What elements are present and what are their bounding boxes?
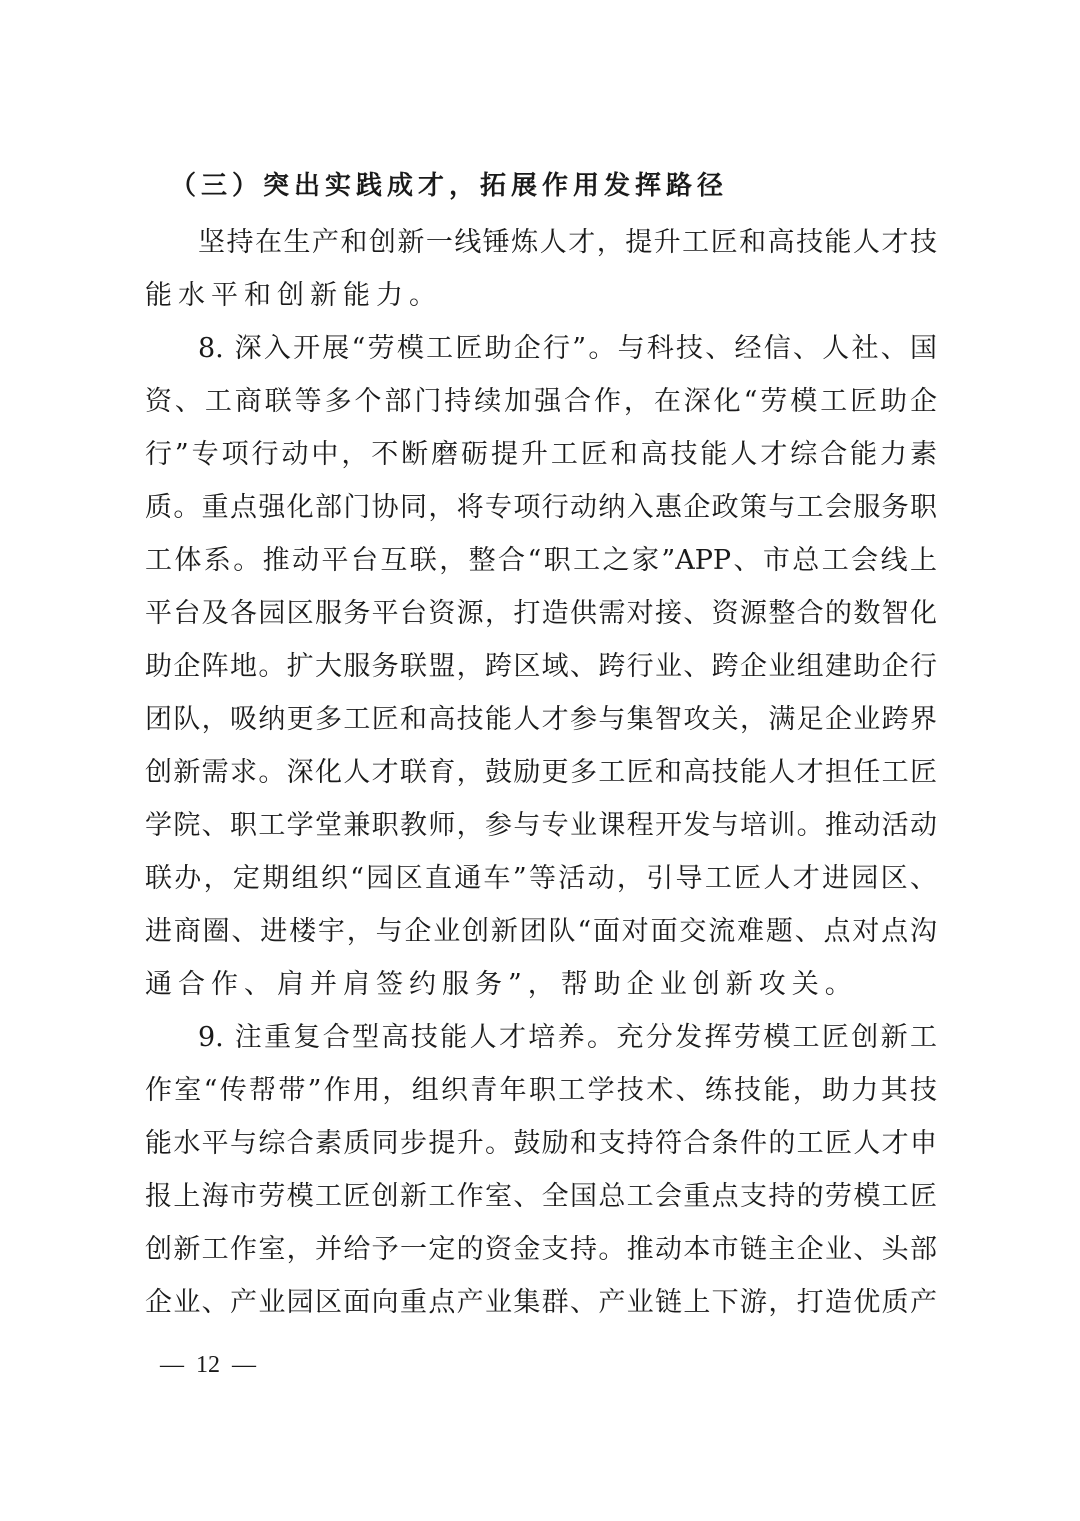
item9-line-6: 企业、产业园区面向重点产业集群、产业链上下游，打造优质产 bbox=[145, 1283, 937, 1323]
item8-line-5: 工体系。推动平台互联，整合“职工之家”APP、市总工会线上 bbox=[145, 541, 937, 581]
item8-line-7: 助企阵地。扩大服务联盟，跨区域、跨行业、跨企业组建助企行 bbox=[145, 647, 937, 687]
item8-line-3: 行”专项行动中，不断磨砺提升工匠和高技能人才综合能力素 bbox=[145, 435, 937, 475]
item8-line-4: 质。重点强化部门协同，将专项行动纳入惠企政策与工会服务职 bbox=[145, 488, 937, 528]
item9-line-5: 创新工作室，并给予一定的资金支持。推动本市链主企业、头部 bbox=[145, 1230, 937, 1270]
page-number-footer: — 12 — bbox=[160, 1348, 256, 1382]
intro-line-1: 坚持在生产和创新一线锤炼人才，提升工匠和高技能人才技 bbox=[198, 223, 937, 263]
item8-line-1: 8. 深入开展“劳模工匠助企行”。与科技、经信、人社、国 bbox=[198, 329, 937, 369]
item9-line-3: 能水平与综合素质同步提升。鼓励和支持符合条件的工匠人才申 bbox=[145, 1124, 937, 1164]
item9-line-1: 9. 注重复合型高技能人才培养。充分发挥劳模工匠创新工 bbox=[198, 1018, 937, 1058]
document-page: （三）突出实践成才，拓展作用发挥路径 坚持在生产和创新一线锤炼人才，提升工匠和高… bbox=[0, 0, 1080, 1521]
item8-line-6: 平台及各园区服务平台资源，打造供需对接、资源整合的数智化 bbox=[145, 594, 937, 634]
item8-line-13: 通合作、肩并肩签约服务”，帮助企业创新攻关。 bbox=[145, 965, 937, 1005]
item8-line-8: 团队，吸纳更多工匠和高技能人才参与集智攻关，满足企业跨界 bbox=[145, 700, 937, 740]
section-heading: （三）突出实践成才，拓展作用发挥路径 bbox=[170, 166, 728, 206]
item9-line-2: 作室“传帮带”作用，组织青年职工学技术、练技能，助力其技 bbox=[145, 1071, 937, 1111]
item8-line-12: 进商圈、进楼宇，与企业创新团队“面对面交流难题、点对点沟 bbox=[145, 912, 937, 952]
intro-line-2: 能水平和创新能力。 bbox=[145, 276, 937, 316]
item8-line-11: 联办，定期组织“园区直通车”等活动，引导工匠人才进园区、 bbox=[145, 859, 937, 899]
item9-line-4: 报上海市劳模工匠创新工作室、全国总工会重点支持的劳模工匠 bbox=[145, 1177, 937, 1217]
item8-line-9: 创新需求。深化人才联育，鼓励更多工匠和高技能人才担任工匠 bbox=[145, 753, 937, 793]
item8-line-10: 学院、职工学堂兼职教师，参与专业课程开发与培训。推动活动 bbox=[145, 806, 937, 846]
item8-line-2: 资、工商联等多个部门持续加强合作，在深化“劳模工匠助企 bbox=[145, 382, 937, 422]
